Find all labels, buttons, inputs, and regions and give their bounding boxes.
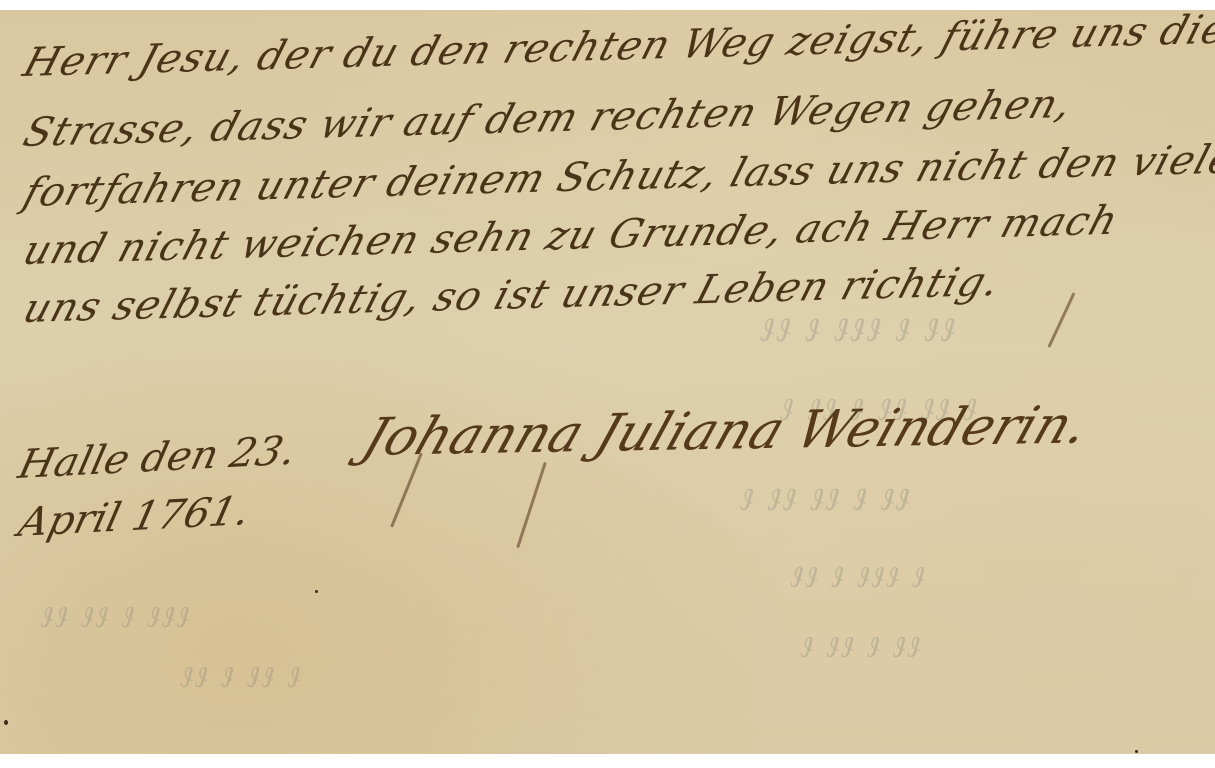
ink-speck [4, 720, 8, 725]
bleed-through-text: ℓℓ ℓ ℓℓ ℓ [792, 630, 930, 665]
bleed-through-text: ℓ ℓℓℓ ℓ ℓℓ [782, 560, 934, 595]
place-date-line-2: April 1761. [14, 488, 254, 546]
manuscript-page: ℓℓ ℓ ℓℓℓ ℓ ℓℓ ℓ ℓℓ ℓℓ ℓ ℓℓ ℓ ℓℓ ℓ ℓℓ ℓℓ … [0, 10, 1215, 754]
place-date-line-1: Halle den 23. [14, 428, 301, 488]
ink-speck [1135, 750, 1138, 753]
signature: Johanna Juliana Weinderin. [355, 396, 1097, 468]
ink-flourish [516, 462, 547, 549]
bleed-through-text: ℓℓ ℓ ℓℓ ℓℓ ℓ [731, 480, 920, 518]
ink-flourish [1047, 292, 1075, 348]
ink-speck [315, 590, 318, 593]
bleed-through-text: ℓℓ ℓ ℓℓℓ ℓ ℓℓ [751, 310, 966, 350]
bleed-through-text: ℓ ℓℓ ℓ ℓℓ [172, 660, 310, 695]
bleed-through-text: ℓℓℓ ℓ ℓℓ ℓℓ [32, 600, 199, 635]
manuscript-line-1: Herr Jesu, der du den rechten Weg zeigst… [18, 2, 1215, 86]
